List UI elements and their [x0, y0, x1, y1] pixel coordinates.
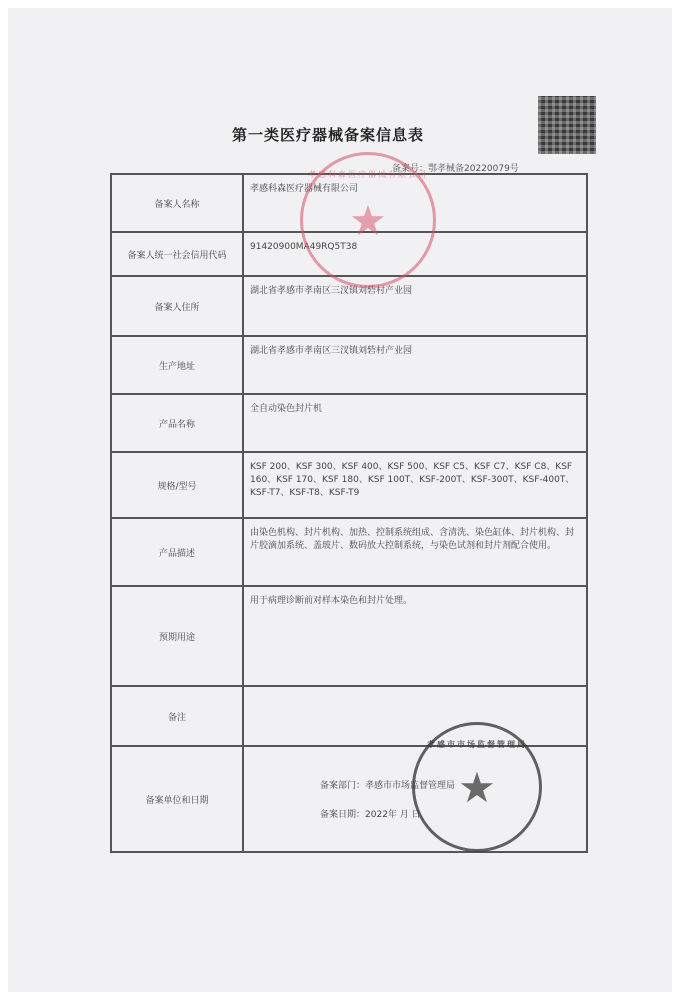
row-label: 生产地址 [111, 336, 243, 394]
table-row: 产品名称 全自动染色封片机 [111, 394, 587, 452]
table-row: 产品描述 由染色机构、封片机构、加热、控制系统组成、含清洗、染色缸体、封片机构、… [111, 518, 587, 586]
row-label: 产品描述 [111, 518, 243, 586]
row-value: 用于病理诊断前对样本染色和封片处理。 [243, 586, 587, 686]
table-row: 预期用途 用于病理诊断前对样本染色和封片处理。 [111, 586, 587, 686]
company-seal: 孝感科森医疗器械有限公司 ★ [300, 152, 436, 288]
row-value: 全自动染色封片机 [243, 394, 587, 452]
row-label: 备案人住所 [111, 276, 243, 336]
row-value: 湖北省孝感市孝南区三汊镇刘砦村产业园 [243, 336, 587, 394]
authority-seal-text: 孝感市市场监督管理局 [427, 739, 527, 750]
row-label: 备注 [111, 686, 243, 746]
date-value: 2022年 月 日 [365, 810, 421, 820]
row-label: 备案人统一社会信用代码 [111, 232, 243, 276]
row-label: 规格/型号 [111, 452, 243, 518]
table-row: 规格/型号 KSF 200、KSF 300、KSF 400、KSF 500、KS… [111, 452, 587, 518]
company-seal-text: 孝感科森医疗器械有限公司 [308, 169, 428, 180]
row-label: 预期用途 [111, 586, 243, 686]
table-row: 生产地址 湖北省孝感市孝南区三汊镇刘砦村产业园 [111, 336, 587, 394]
row-value: 湖北省孝感市孝南区三汊镇刘砦村产业园 [243, 276, 587, 336]
authority-seal: 孝感市市场监督管理局 ★ [412, 722, 542, 852]
document-title: 第一类医疗器械备案信息表 [232, 124, 424, 145]
row-value [243, 686, 587, 746]
row-label: 产品名称 [111, 394, 243, 452]
row-value: KSF 200、KSF 300、KSF 400、KSF 500、KSF C5、K… [243, 452, 587, 518]
date-label: 备案日期： [320, 810, 365, 820]
row-label: 备案单位和日期 [111, 746, 243, 852]
star-icon: ★ [458, 763, 496, 812]
row-label: 备案人名称 [111, 174, 243, 232]
department-label: 备案部门： [320, 781, 365, 791]
qr-code-icon [538, 96, 596, 154]
row-value: 由染色机构、封片机构、加热、控制系统组成、含清洗、染色缸体、封片机构、封片胶滴加… [243, 518, 587, 586]
star-icon: ★ [349, 196, 387, 245]
